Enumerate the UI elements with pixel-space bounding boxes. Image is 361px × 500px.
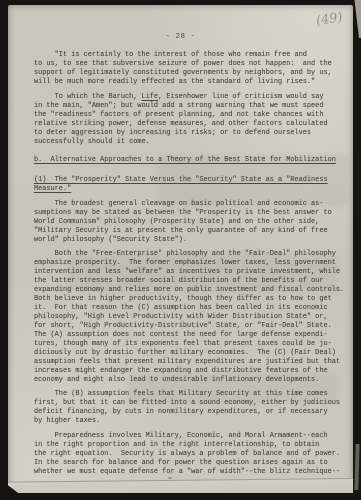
page-curl-edge [354,444,359,490]
subsection-heading-1: (1) The "Prosperity" State Versus the "S… [34,176,356,194]
page-number: - 28 - [8,33,353,42]
document-page: - 28 - (49) "It is certainly to the inte… [8,5,353,493]
quote-paragraph: "It is certainly to the interest of thos… [34,51,356,87]
page-content: "It is certainly to the interest of thos… [34,51,356,482]
section-heading-b: b. Alternative Approaches to a Theory of… [34,156,356,165]
handwritten-page-annotation: (49) [315,10,344,29]
life-magazine-reference: Life [142,93,159,101]
paragraph-text-segment: To which the Baruch, [34,93,142,101]
scan-background: - 28 - (49) "It is certainly to the inte… [0,0,361,500]
assumption-b-paragraph: The (B) assumption feels that Military S… [34,390,356,426]
cleavage-paragraph: The broadest general cleavage on basic p… [34,200,356,245]
baruch-paragraph: To which the Baruch, Life, Eisenhower li… [34,93,356,147]
page-bottom-edge [8,478,353,497]
philosophies-paragraph: Both the "Free-Enterprise" philosophy an… [34,250,356,385]
scan-speck [168,477,172,479]
preparedness-paragraph: Preparedness involves Military, Economic… [34,432,356,477]
